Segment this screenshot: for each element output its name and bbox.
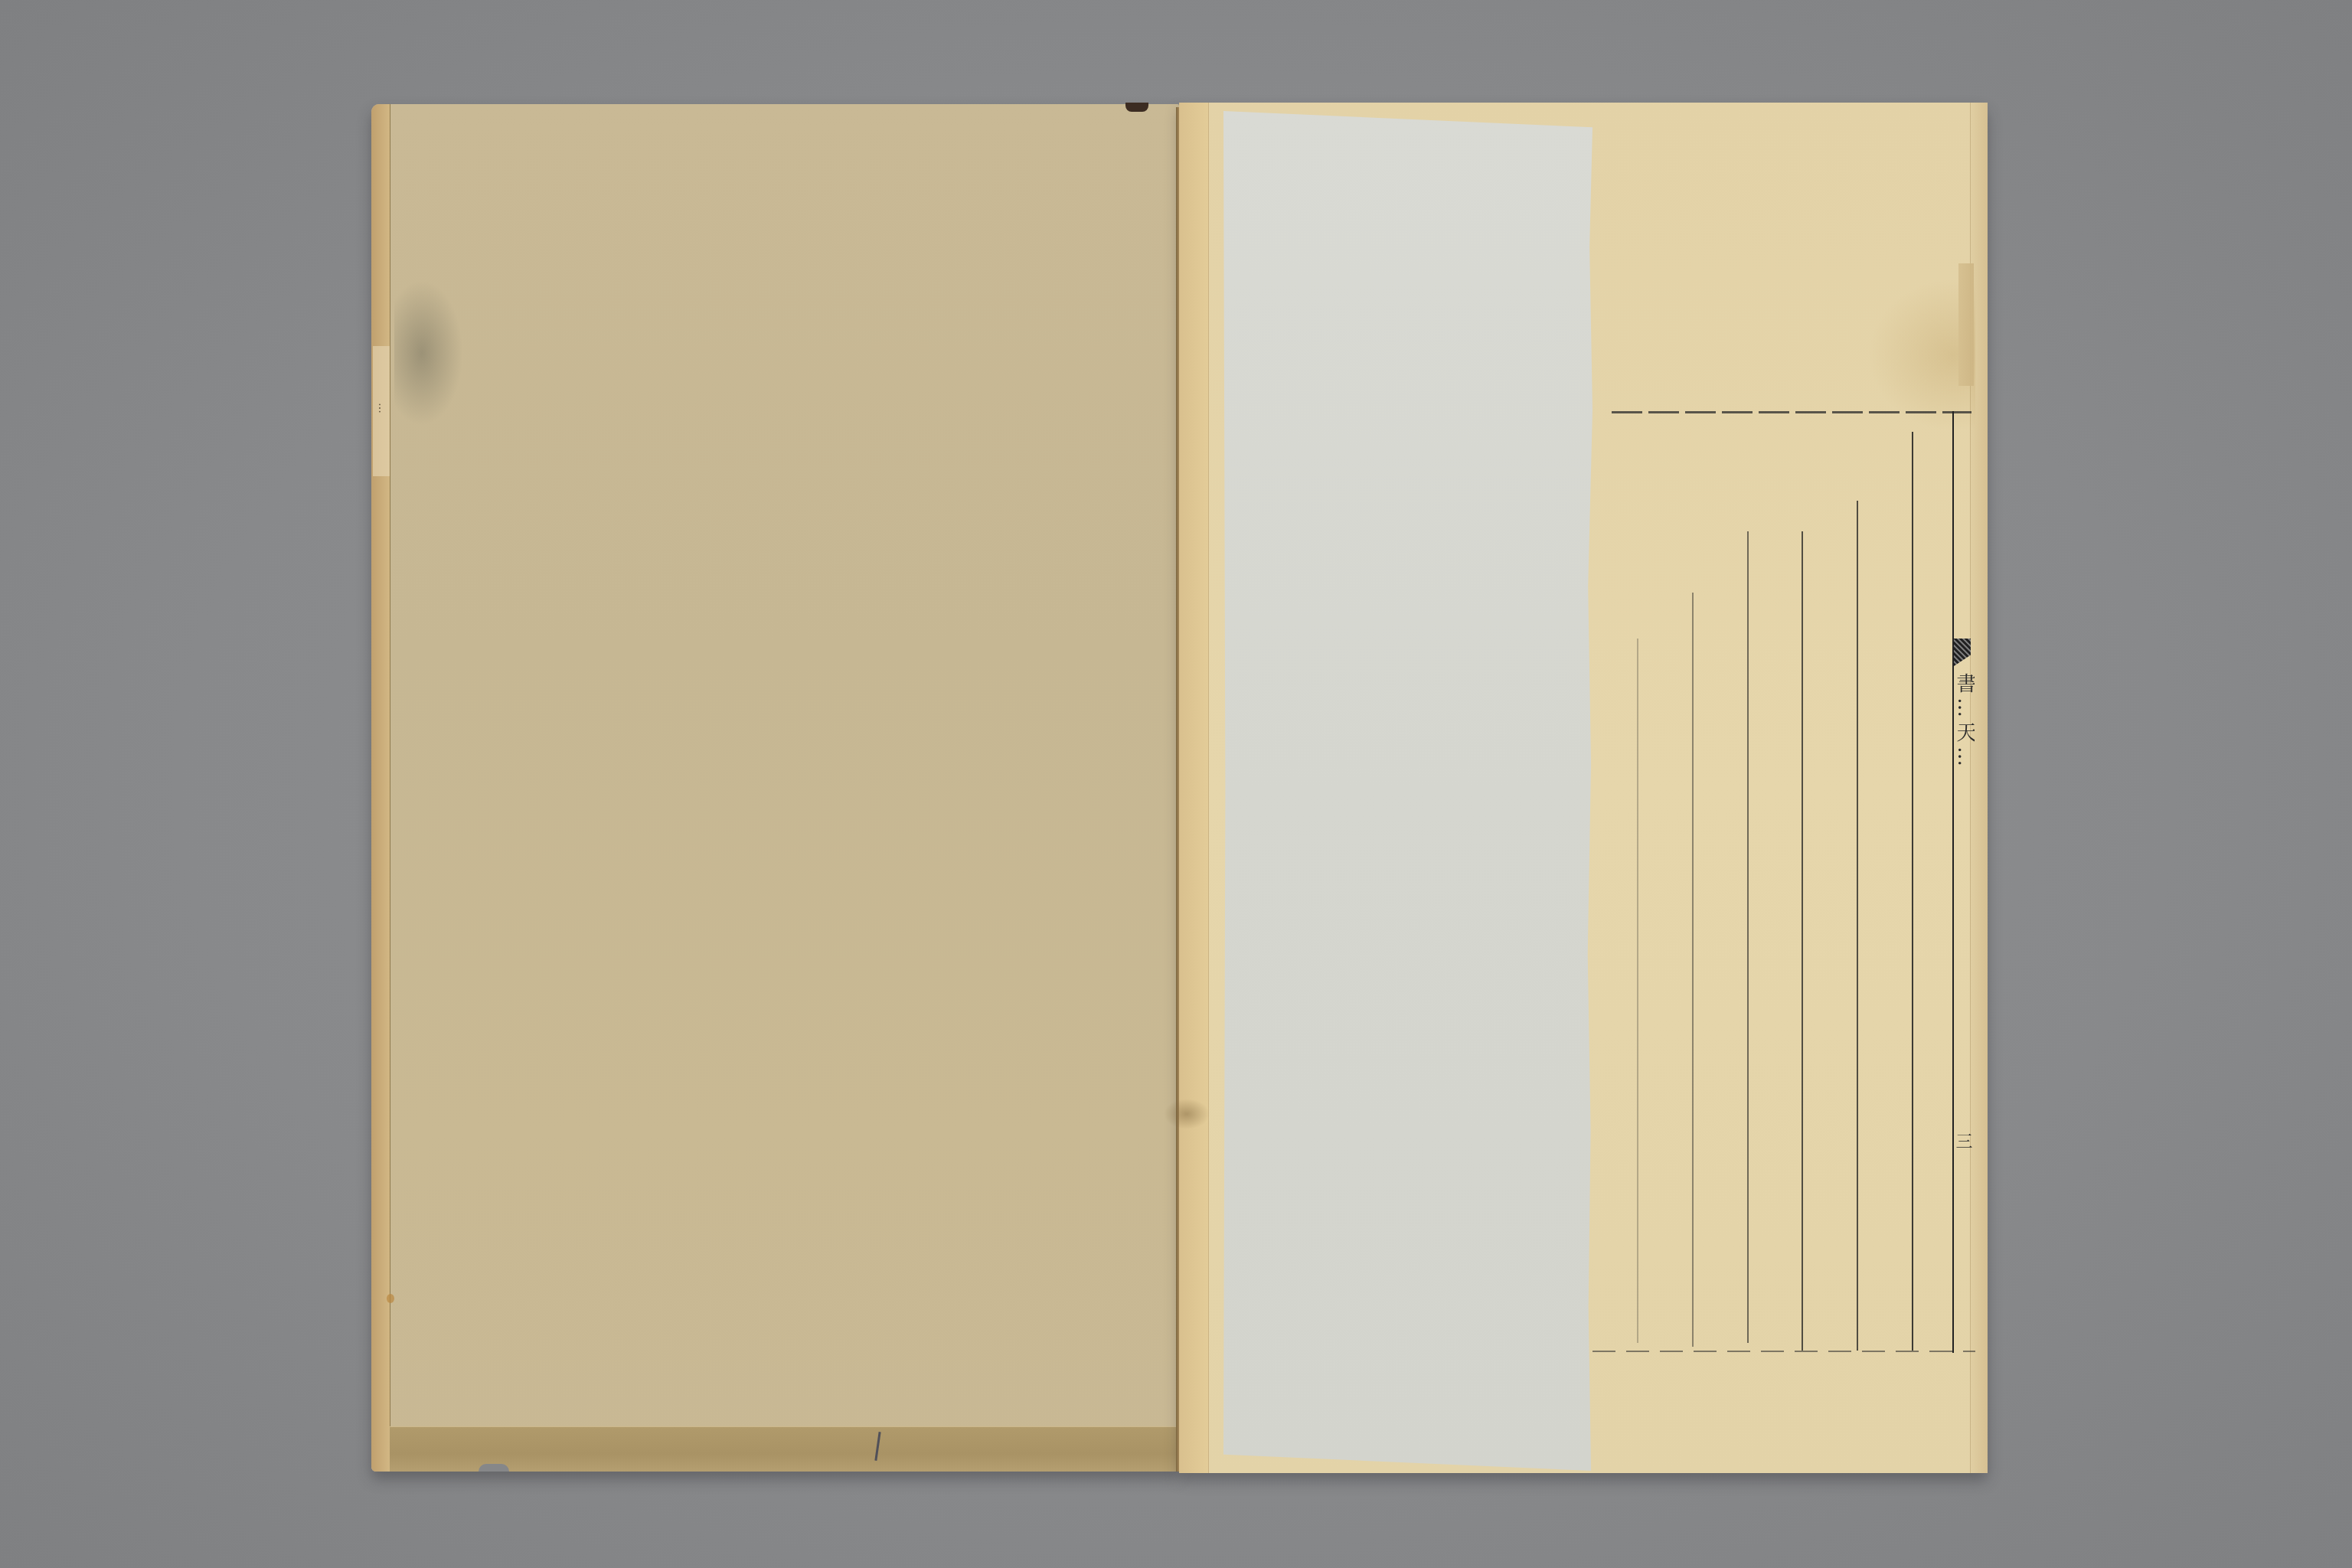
book-spine-gutter xyxy=(1176,107,1179,1472)
column-line xyxy=(1802,531,1803,1351)
fold-tab xyxy=(1958,263,1974,386)
gutter-crease xyxy=(1164,1099,1210,1129)
left-page-stain xyxy=(394,280,463,426)
left-page-bottom-band xyxy=(390,1426,1179,1472)
left-edge-annotation: … xyxy=(376,403,388,415)
column-line xyxy=(1747,531,1749,1343)
banxin-title: 書…天… xyxy=(1955,673,1975,895)
column-line xyxy=(1692,593,1694,1347)
column-line xyxy=(1857,501,1858,1351)
left-page: … xyxy=(371,104,1179,1472)
white-paper-strip xyxy=(1223,111,1592,1471)
printed-frame-bottom-rule xyxy=(1592,1351,1975,1352)
column-line xyxy=(1637,639,1638,1343)
column-line xyxy=(1912,432,1913,1351)
left-page-spot xyxy=(387,1294,394,1303)
right-page: 書…天… 三 xyxy=(1179,103,1988,1473)
top-notch xyxy=(1125,103,1148,112)
left-page-tear xyxy=(479,1464,509,1472)
left-page-edge-strip xyxy=(371,104,390,1472)
printed-frame-top-rule xyxy=(1612,411,1971,413)
page-marker: 三 xyxy=(1955,1132,1975,1163)
right-page-gutter xyxy=(1179,103,1209,1473)
